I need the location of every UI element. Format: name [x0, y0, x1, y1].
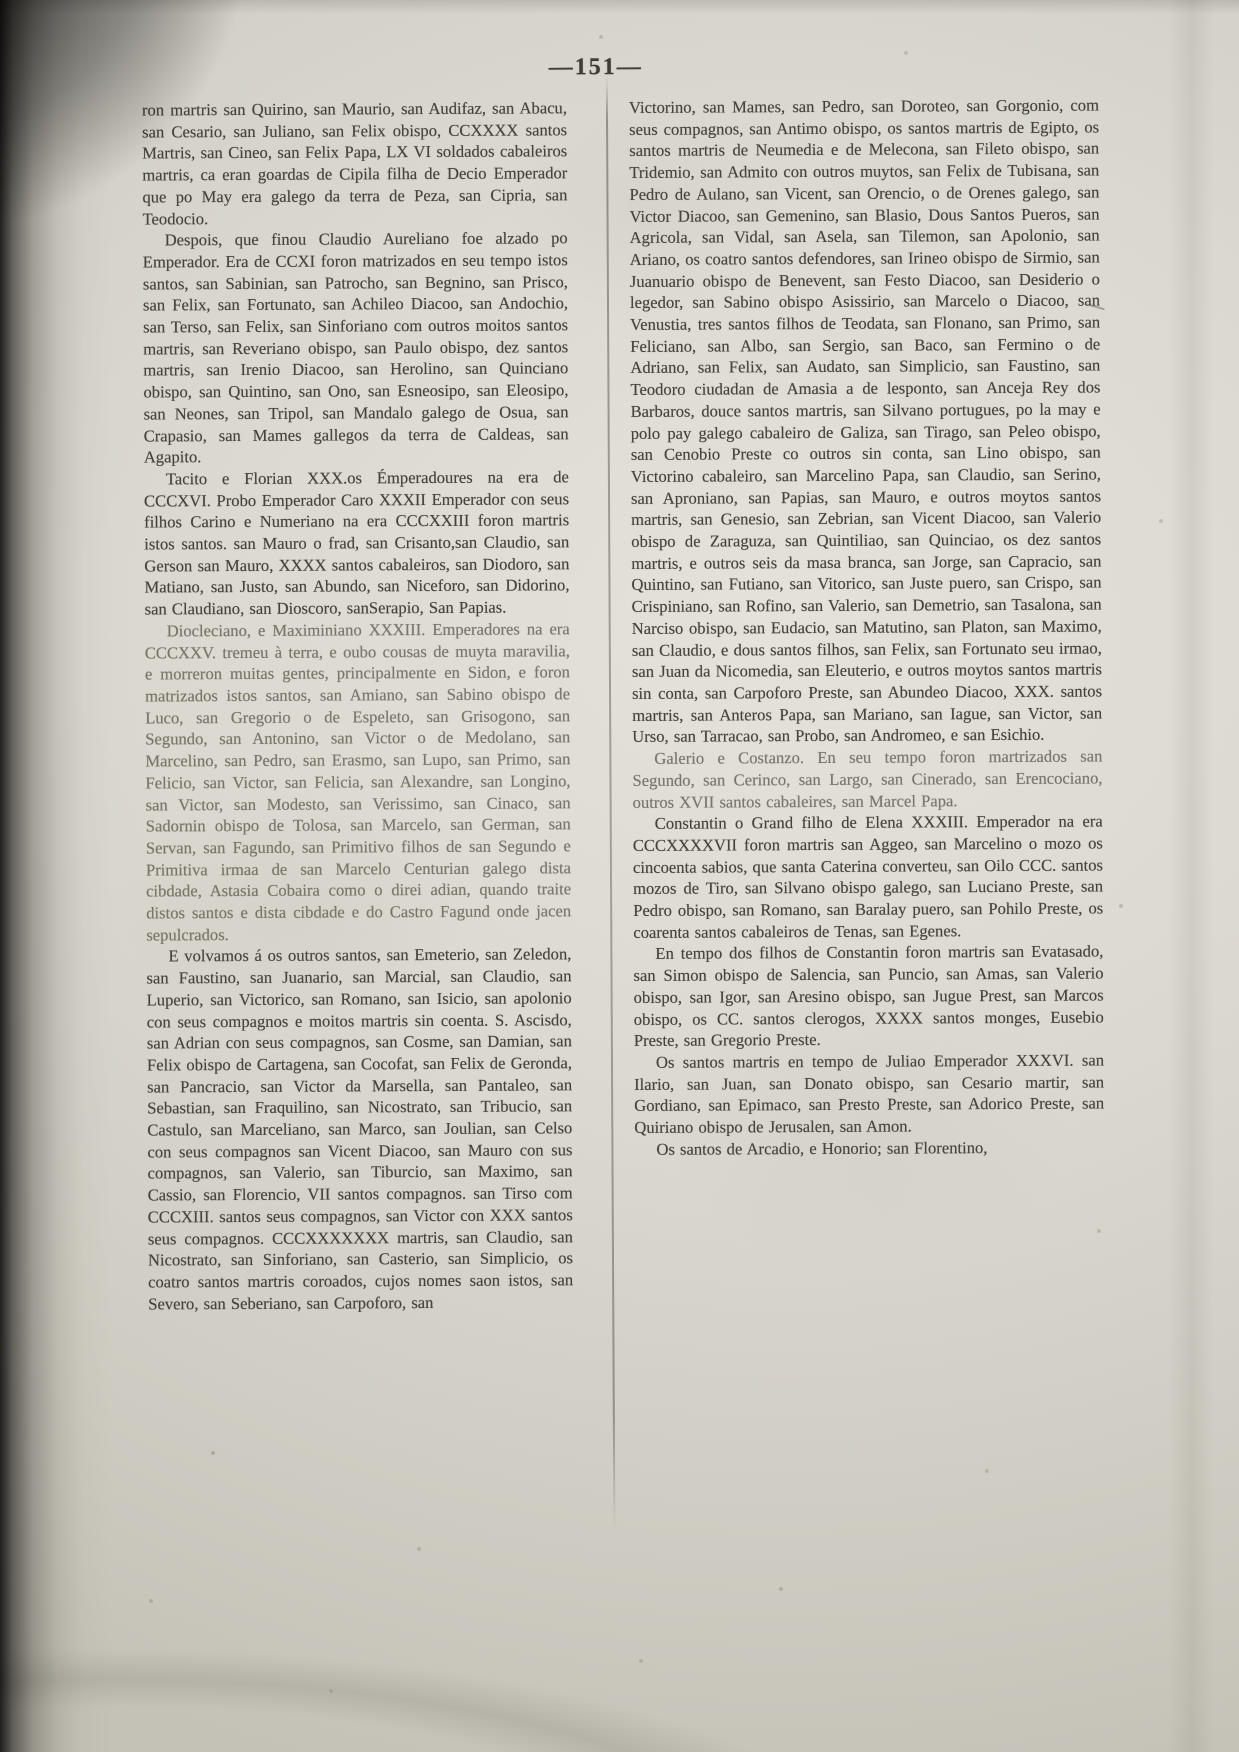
- paragraph: Os santos de Arcadio, e Honorio; san Flo…: [634, 1136, 1104, 1160]
- paragraph: En tempo dos filhos de Constantin foron …: [633, 941, 1104, 1052]
- page-content: —151— ron martris san Quirino, san Mauri…: [0, 0, 1239, 1752]
- paper-specks: [0, 0, 2, 2]
- paragraph: Despois, que finou Claudio Aureliano foe…: [143, 227, 569, 468]
- page-number: —151—: [0, 51, 1196, 84]
- paragraph: Constantin o Grand filho de Elena XXXIII…: [633, 811, 1104, 944]
- paragraph: Victorino, san Mames, san Pedro, san Dor…: [629, 94, 1102, 748]
- paragraph: E volvamos á os outros santos, san Emete…: [146, 944, 573, 1315]
- text-column-right: Victorino, san Mames, san Pedro, san Dor…: [629, 94, 1105, 1160]
- paragraph: Diocleciano, e Maximiniano XXXIII. Emper…: [145, 618, 572, 946]
- book-page-scan: —151— ron martris san Quirino, san Mauri…: [0, 0, 1239, 1752]
- paragraph: Tacito e Florian XXX.os Émperadoures na …: [144, 466, 570, 620]
- paragraph: Galerio e Costanzo. En seu tempo foron m…: [632, 746, 1102, 814]
- column-divider-rule: [606, 76, 616, 1532]
- paragraph: Os santos martris en tempo de Juliao Emp…: [634, 1049, 1104, 1138]
- text-column-left: ron martris san Quirino, san Maurio, san…: [142, 97, 573, 1315]
- paragraph: ron martris san Quirino, san Maurio, san…: [142, 97, 568, 229]
